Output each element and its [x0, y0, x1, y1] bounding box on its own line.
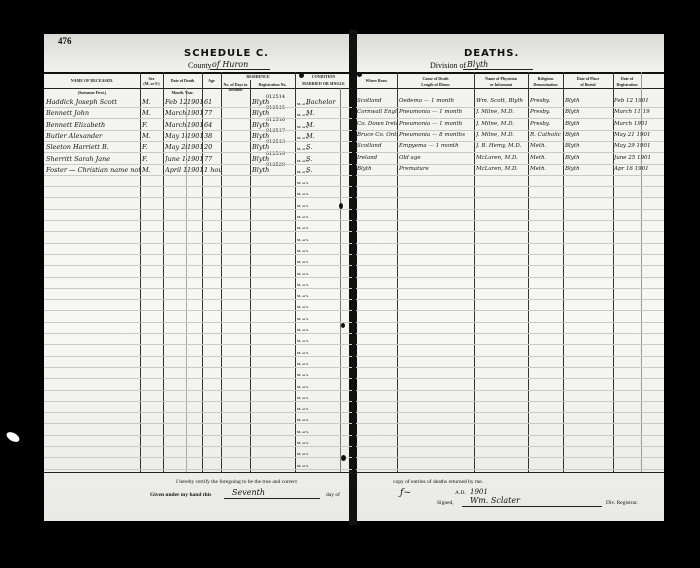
cell-cause: Oedema — 1 month — [399, 98, 473, 104]
cell-sex: M. — [142, 109, 162, 117]
ruled-line — [356, 322, 664, 323]
cell-cause: Pneumonia — 8 months — [399, 132, 473, 138]
ink-spot — [339, 203, 343, 209]
cell-cause: Pneumonia — 1 month — [399, 121, 473, 127]
cell-name: Sleeton Harriett B. — [46, 143, 140, 151]
condition-option-label: M. or S. — [297, 272, 309, 276]
ruled-line — [356, 390, 664, 391]
ink-spot — [341, 455, 346, 461]
cell-burial: Blyth — [565, 121, 613, 127]
ruled-line — [44, 356, 352, 357]
cell-cause: Old age — [399, 155, 473, 161]
cell-month: May 18 — [165, 132, 187, 140]
condition-option-label: M. or S. — [297, 339, 309, 343]
given-day-underline — [224, 498, 320, 499]
cell-condition: Bachelor — [306, 98, 346, 106]
col-subheader-religion: Denomination — [528, 82, 563, 87]
ink-spot — [299, 73, 304, 78]
ruled-line — [356, 231, 664, 232]
col-subheader-date: Month. Year. — [163, 90, 202, 95]
ad-year: 1901 — [470, 488, 488, 496]
ruled-line — [356, 288, 664, 289]
condition-option-label: M. or S. — [297, 136, 309, 140]
ruled-line — [356, 310, 664, 311]
cell-burial: Blyth — [565, 98, 613, 104]
condition-option-label: M. or S. — [297, 170, 309, 174]
deaths-title: DEATHS. — [464, 48, 519, 59]
ruled-line — [356, 401, 664, 402]
cell-condition: M. — [306, 109, 346, 117]
cell-year: 1901 — [187, 143, 202, 151]
certify-text: I hereby certify the foregoing to be the… — [176, 479, 297, 485]
ruled-line — [356, 277, 664, 278]
cell-religion: Presby. — [530, 98, 563, 104]
cell-burial: Blyth — [565, 109, 613, 115]
ruled-line — [44, 197, 352, 198]
cell-name: Bennett Elizabeth — [46, 121, 140, 129]
ruled-line — [356, 243, 664, 244]
cell-age: 38 — [204, 132, 221, 140]
ruled-line — [44, 175, 352, 176]
cell-month: Feb 12 — [165, 98, 187, 106]
ruled-line — [44, 118, 352, 119]
condition-option-label: M. or S. — [297, 305, 309, 309]
cell-month: March 9 — [165, 109, 187, 117]
ruled-line — [356, 164, 664, 165]
cell-physician: J. B. Hemy, M.D. — [476, 143, 528, 149]
division-underline — [463, 69, 533, 70]
col-header-date: Date of Death — [163, 78, 202, 83]
cell-physician: J. Milne, M.D. — [476, 132, 528, 138]
condition-option-label: M. or S. — [297, 283, 309, 287]
condition-option-label: M. or S. — [297, 385, 309, 389]
condition-option-label: M. or S. — [297, 362, 309, 366]
right-table-bottom-rule — [356, 472, 664, 473]
ruled-line — [44, 322, 352, 323]
cell-reg-date: March 1901 — [614, 121, 650, 127]
ruled-line — [44, 288, 352, 289]
col-header-cause: Cause of Death — [397, 76, 474, 81]
cell-born: Ireland — [357, 155, 397, 161]
condition-option-label: M. or S. — [297, 249, 309, 253]
ruled-line — [356, 435, 664, 436]
ruled-line — [356, 469, 664, 470]
cell-religion: R. Catholic — [530, 132, 563, 138]
registrar-label: Div. Registrar. — [606, 500, 638, 506]
cell-physician: McLaren, M.D. — [476, 166, 528, 172]
cell-sex: M. — [142, 132, 162, 140]
condition-option-label: M. or S. — [297, 328, 309, 332]
condition-option-label: M. or S. — [297, 452, 309, 456]
left-header-bottom-rule — [44, 88, 352, 89]
cell-age: 64 — [204, 121, 221, 129]
ruled-line — [44, 186, 352, 187]
condition-option-label: M. or S. — [297, 215, 309, 219]
ruled-line — [44, 141, 352, 142]
cell-born: Bruce Co. Ontario — [357, 132, 397, 138]
cell-month: March 12 — [165, 121, 187, 129]
col-subheader-sex: (M. or F.) — [140, 81, 163, 86]
condition-option-label: M. or S. — [297, 102, 309, 106]
condition-option-label: M. or S. — [297, 351, 309, 355]
ruled-line — [356, 446, 664, 447]
condition-option-label: M. or S. — [297, 125, 309, 129]
cell-physician: McLaren, M.D. — [476, 155, 528, 161]
condition-option-label: M. or S. — [297, 418, 309, 422]
condition-option-label: M. or S. — [297, 260, 309, 264]
cell-sex: F. — [142, 155, 162, 163]
ruled-line — [356, 344, 664, 345]
left-table-bottom-rule — [44, 472, 352, 473]
ruled-line — [356, 220, 664, 221]
ruled-line — [44, 231, 352, 232]
registrar-signature: Wm. Sclater — [470, 496, 520, 505]
cell-cause: Empyema — 1 month — [399, 143, 473, 149]
cell-year: 1901 — [187, 166, 202, 174]
cell-month: May 28 — [165, 143, 187, 151]
cell-physician: J. Milne, M.D. — [476, 121, 528, 127]
cell-year: 1901 — [187, 121, 202, 129]
cell-age: 20 — [204, 143, 221, 151]
cell-born: Scotland — [357, 98, 397, 104]
col-header-burial: Date of Place — [563, 76, 613, 81]
ruled-line — [44, 107, 352, 108]
ruled-line — [44, 457, 352, 458]
ink-spot — [357, 72, 362, 77]
ruled-line — [356, 152, 664, 153]
ruled-line — [356, 141, 664, 142]
cell-religion: Meth. — [530, 143, 563, 149]
ruled-line — [44, 243, 352, 244]
col-subheader-days: No. of Days in Division — [221, 82, 250, 92]
cell-reg-date: Apr 16 1901 — [614, 166, 650, 172]
cell-month: June 14 — [165, 155, 187, 163]
cell-name: Foster — Christian name not registered — [46, 166, 140, 174]
cell-age: 77 — [204, 109, 221, 117]
cell-age: 77 — [204, 155, 221, 163]
cell-sex: M. — [142, 98, 162, 106]
ruled-line — [44, 344, 352, 345]
condition-option-label: M. or S. — [297, 181, 309, 185]
ruled-line — [44, 446, 352, 447]
cell-religion: Presby. — [530, 109, 563, 115]
cell-name: Bennett John — [46, 109, 140, 117]
ruled-line — [44, 423, 352, 424]
cell-name: Butler Alexander — [46, 132, 140, 140]
ruled-line — [356, 175, 664, 176]
ruled-line — [356, 130, 664, 131]
ruled-line — [44, 254, 352, 255]
copy-text: copy of entries of deaths returned by me… — [393, 479, 483, 485]
cell-physician: J. Milne, M.D. — [476, 109, 528, 115]
ruled-line — [44, 378, 352, 379]
cell-religion: Presby. — [530, 121, 563, 127]
right-header-top-rule — [356, 72, 664, 74]
ruled-line — [356, 118, 664, 119]
col-subheader-cause: Length of Illness — [397, 82, 474, 87]
given-day: Seventh — [232, 488, 265, 497]
ruled-line — [356, 457, 664, 458]
condition-option-label: M. or S. — [297, 373, 309, 377]
county-label: County — [188, 61, 212, 70]
ruled-line — [356, 254, 664, 255]
county-value: of Huron — [212, 60, 248, 69]
ruled-line — [356, 378, 664, 379]
cell-condition: S. — [306, 143, 346, 151]
condition-option-label: M. or S. — [297, 441, 309, 445]
ruled-line — [44, 164, 352, 165]
schedule-title: SCHEDULE C. — [184, 48, 269, 59]
condition-option-label: M. or S. — [297, 192, 309, 196]
cell-year: 1901 — [187, 109, 202, 117]
ruled-line — [44, 469, 352, 470]
col-subheader-name: (Surname First.) — [44, 90, 140, 95]
col-subheader-regno: Registration No. — [250, 82, 295, 87]
ruled-line — [44, 310, 352, 311]
given-text: Given under my hand this — [150, 492, 211, 498]
cell-born: Cornwall England — [357, 109, 397, 115]
division-value: Blyth — [467, 60, 488, 69]
cell-burial: Blyth — [565, 132, 613, 138]
ruled-line — [44, 209, 352, 210]
ruled-line — [44, 333, 352, 334]
ink-spot — [341, 323, 345, 328]
cell-sex: F. — [142, 121, 162, 129]
cell-cause: Premature — [399, 166, 473, 172]
cell-reg-date: March 11 1901 — [614, 109, 650, 115]
cell-born: Scotland — [357, 143, 397, 149]
col-subheader-burial: of Burial — [563, 82, 613, 87]
ruled-line — [356, 412, 664, 413]
ruled-line — [44, 220, 352, 221]
cell-name: Sherritt Sarah Jane — [46, 155, 140, 163]
ruled-line — [356, 265, 664, 266]
cell-born: Co. Down Ireland — [357, 121, 397, 127]
division-label: Division of — [430, 61, 466, 70]
condition-option-label: M. or S. — [297, 317, 309, 321]
condition-option-label: M. or S. — [297, 294, 309, 298]
cell-year: 1901 — [187, 98, 202, 106]
cell-age: 1 hour — [204, 166, 221, 174]
signature-underline — [462, 506, 602, 507]
cell-reg-date: May 29 1901 — [614, 143, 650, 149]
condition-option-label: M. or S. — [297, 147, 309, 151]
col-header-born: Where Born. — [356, 78, 397, 83]
col-subheader-physician: or Informant — [474, 82, 528, 87]
cell-condition: M. — [306, 121, 346, 129]
cell-year: 1901 — [187, 155, 202, 163]
ruled-line — [44, 367, 352, 368]
col-header-religion: Religious — [528, 76, 563, 81]
ruled-line — [44, 265, 352, 266]
cell-year: 1901 — [187, 132, 202, 140]
cell-born: Blyth — [357, 166, 397, 172]
ruled-line — [356, 423, 664, 424]
cell-physician: Wm. Scott, Blyth — [476, 98, 528, 104]
initials-mark: ƒ~ — [400, 488, 411, 498]
ad-label: A.D. — [455, 490, 466, 496]
cell-reg-date: June 25 1901 — [614, 155, 650, 161]
cell-name: Haddick Joseph Scott — [46, 98, 140, 106]
cell-condition: S. — [306, 155, 346, 163]
day-of-text: day of — [326, 492, 340, 498]
cell-burial: Blyth — [565, 143, 613, 149]
ruled-line — [44, 152, 352, 153]
cell-religion: Meth. — [530, 166, 563, 172]
page-number: 476 — [58, 36, 72, 46]
condition-option-label: M. or S. — [297, 396, 309, 400]
cell-reg-date: May 21 1901 — [614, 132, 650, 138]
ruled-line — [356, 209, 664, 210]
col-header-age: Age — [202, 78, 221, 83]
ruled-line — [356, 333, 664, 334]
col-subheader-regdate: Registration — [613, 82, 641, 87]
col-header-regdate: Date of — [613, 76, 641, 81]
col-header-physician: Name of Physician — [474, 76, 528, 81]
signed-label: Signed, — [437, 500, 454, 506]
scan-artifact — [5, 430, 21, 444]
cell-sex: F. — [142, 143, 162, 151]
ruled-line — [356, 367, 664, 368]
cell-burial: Blyth — [565, 155, 613, 161]
ruled-line — [356, 186, 664, 187]
cell-sex: M. — [142, 166, 162, 174]
condition-option-label: M. or S. — [297, 204, 309, 208]
ruled-line — [44, 401, 352, 402]
book-gutter — [349, 30, 357, 525]
cell-burial: Blyth — [565, 166, 613, 172]
ruled-line — [356, 356, 664, 357]
condition-option-label: M. or S. — [297, 113, 309, 117]
condition-option-label: M. or S. — [297, 226, 309, 230]
cell-cause: Pneumonia — 1 month — [399, 109, 473, 115]
condition-option-label: M. or S. — [297, 464, 309, 468]
right-header-bottom-rule — [356, 88, 664, 89]
ruled-line — [356, 299, 664, 300]
ruled-line — [356, 197, 664, 198]
cell-reg-no: 012514 — [266, 94, 296, 100]
col-header-name: NAME OF DECEASED. — [44, 78, 140, 83]
col-header-residence: RESIDENCE — [221, 74, 295, 79]
ruled-line — [44, 435, 352, 436]
condition-option-label: M. or S. — [297, 238, 309, 242]
cell-condition: M. — [306, 132, 346, 140]
col-subheader-condition: MARRIED OR SINGLE — [295, 81, 352, 86]
cell-month: April 16 — [165, 166, 187, 174]
cell-religion: Meth. — [530, 155, 563, 161]
ruled-line — [44, 299, 352, 300]
condition-option-label: M. or S. — [297, 159, 309, 163]
ruled-line — [356, 107, 664, 108]
county-underline — [210, 69, 270, 70]
ruled-line — [44, 277, 352, 278]
ruled-line — [44, 130, 352, 131]
cell-age: 61 — [204, 98, 221, 106]
condition-option-label: M. or S. — [297, 407, 309, 411]
cell-condition: S. — [306, 166, 346, 174]
condition-option-label: M. or S. — [297, 430, 309, 434]
ruled-line — [44, 390, 352, 391]
ruled-line — [44, 412, 352, 413]
cell-reg-date: Feb 12 1901 — [614, 98, 650, 104]
